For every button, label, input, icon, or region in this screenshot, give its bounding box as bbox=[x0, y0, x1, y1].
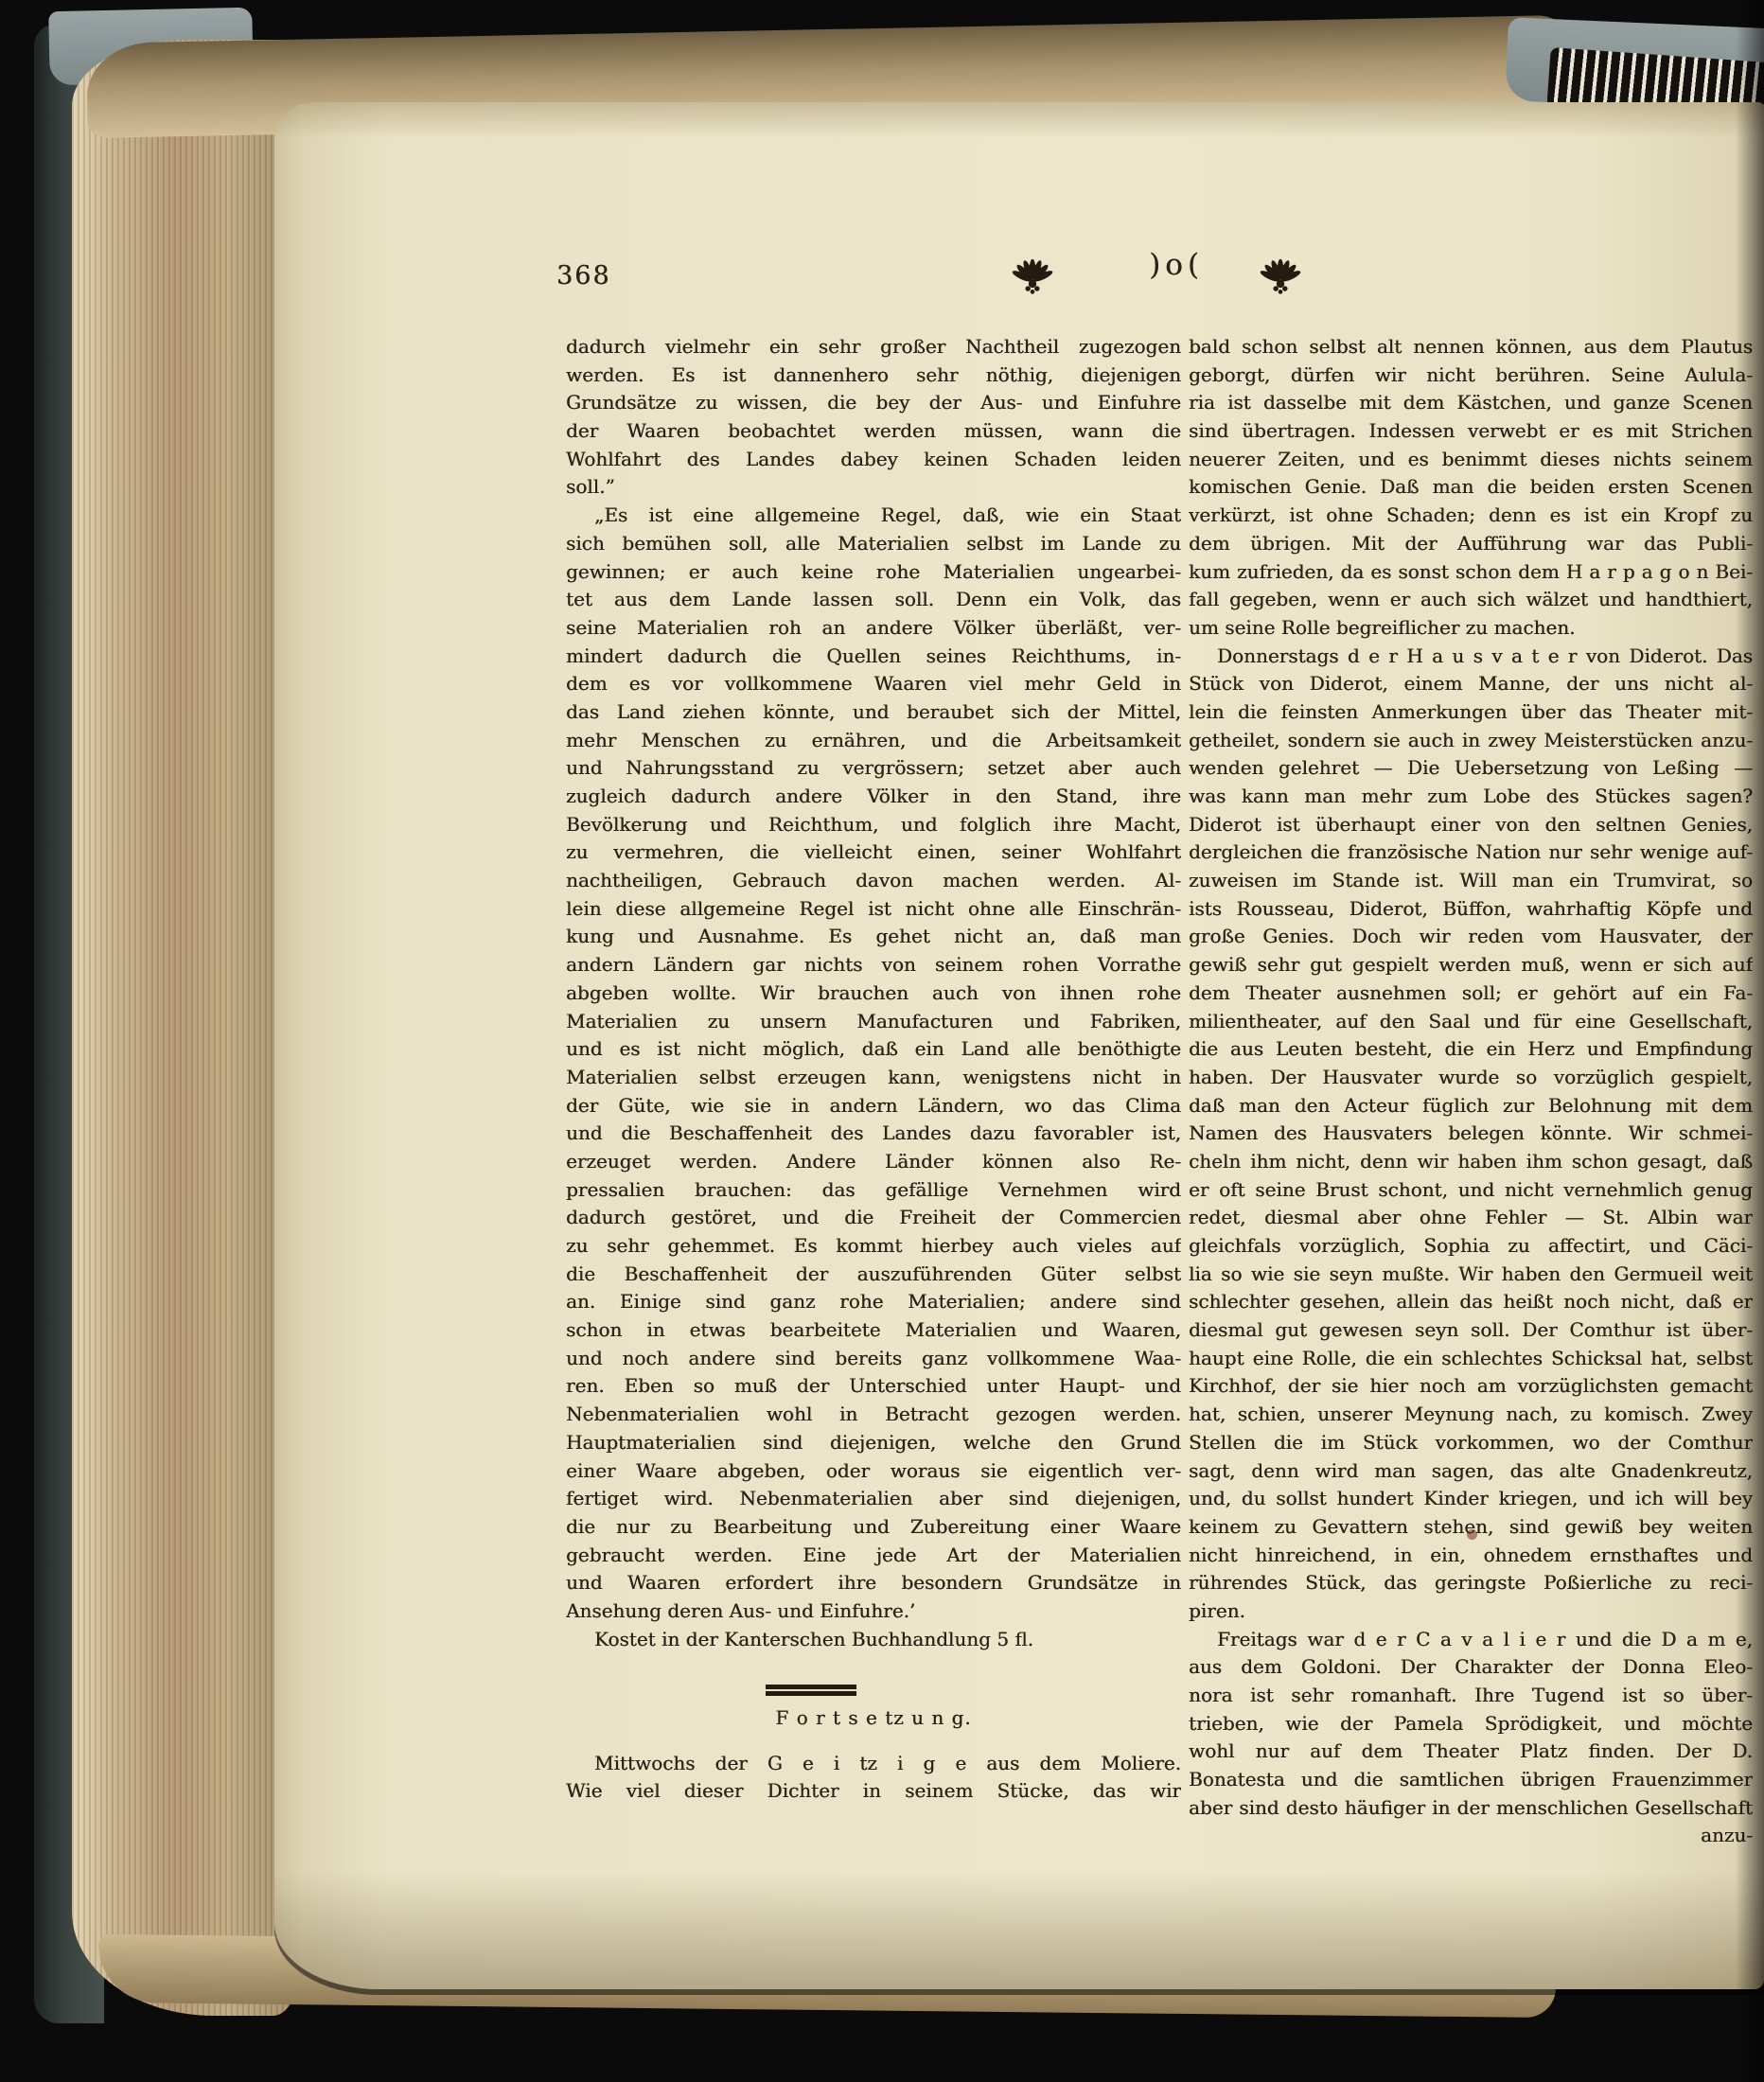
text-line: abgeben wollte. Wir brauchen auch von ih… bbox=[566, 979, 1181, 1008]
text-line: der Waaren beobachtet werden müssen, wan… bbox=[566, 417, 1181, 446]
text-line: ren. Eben so muß der Unterschied unter H… bbox=[566, 1372, 1181, 1401]
text-line: neuerer Zeiten, und es benimmt dieses ni… bbox=[1189, 446, 1753, 474]
text-line: dadurch gestöret, und die Freiheit der C… bbox=[566, 1204, 1181, 1232]
text-line: sind übertragen. Indessen verwebt er es … bbox=[1189, 417, 1753, 446]
text-line: dem es vor vollkommene Waaren viel mehr … bbox=[566, 670, 1181, 698]
text-line: trieben, wie der Pamela Sprödigkeit, und… bbox=[1189, 1710, 1753, 1738]
text-line: erzeuget werden. Andere Länder können al… bbox=[566, 1148, 1181, 1176]
text-line: und Nahrungsstand zu vergrössern; setzet… bbox=[566, 754, 1181, 783]
text-line: kum zufrieden, da es sonst schon dem H a… bbox=[1189, 558, 1753, 587]
text-line: bald schon selbst alt nennen können, aus… bbox=[1189, 333, 1753, 362]
text-line: komischen Genie. Daß man die beiden erst… bbox=[1189, 473, 1753, 502]
text-line: soll.” bbox=[566, 473, 1181, 502]
text-line: sich bemühen soll, alle Materialien selb… bbox=[566, 530, 1181, 558]
text-line: Kirchhof, der sie hier noch am vorzüglic… bbox=[1189, 1372, 1753, 1401]
text-line: und es ist nicht möglich, daß ein Land a… bbox=[566, 1035, 1181, 1064]
text-line: die Beschaffenheit der auszuführenden Gü… bbox=[566, 1261, 1181, 1289]
text-line: nicht hinreichend, in ein, ohnedem ernst… bbox=[1189, 1542, 1753, 1570]
text-line: nachtheiligen, Gebrauch davon machen wer… bbox=[566, 867, 1181, 895]
text-line: ria ist dasselbe mit dem Kästchen, und g… bbox=[1189, 389, 1753, 417]
text-line: einer Waare abgeben, oder woraus sie eig… bbox=[566, 1457, 1181, 1486]
text-line: hat, schien, unserer Meynung nach, zu ko… bbox=[1189, 1401, 1753, 1429]
text-line: aber sind desto häufiger in der menschli… bbox=[1189, 1794, 1753, 1823]
shell-ornament-right-icon bbox=[1259, 256, 1302, 295]
text-line: dadurch vielmehr ein sehr großer Nachthe… bbox=[566, 333, 1181, 362]
text-line: zu vermehren, die vielleicht einen, sein… bbox=[566, 838, 1181, 867]
text-line: dem übrigen. Mit der Aufführung war das … bbox=[1189, 530, 1753, 558]
text-line: und noch andere sind bereits ganz vollko… bbox=[566, 1345, 1181, 1373]
page-number: 368 bbox=[556, 261, 611, 291]
text-line: kung und Ausnahme. Es gehet nicht an, da… bbox=[566, 923, 1181, 951]
text-line: gebraucht werden. Eine jede Art der Mate… bbox=[566, 1542, 1181, 1570]
text-line: und Waaren erfordert ihre besondern Grun… bbox=[566, 1569, 1181, 1597]
section-divider-rule bbox=[566, 1676, 1181, 1704]
photo-shadow-right bbox=[1736, 0, 1764, 2082]
text-line: haben. Der Hausvater wurde so vorzüglich… bbox=[1189, 1064, 1753, 1092]
text-line: der Güte, wie sie in andern Ländern, wo … bbox=[566, 1092, 1181, 1120]
text-line: seine Materialien roh an andere Völker ü… bbox=[566, 614, 1181, 643]
text-line: wohl nur auf dem Theater Platz finden. D… bbox=[1189, 1738, 1753, 1766]
text-line: diesmal gut gewesen seyn soll. Der Comth… bbox=[1189, 1316, 1753, 1345]
text-line: er oft seine Brust schont, und nicht ver… bbox=[1189, 1176, 1753, 1205]
text-line: fall gegeben, wenn er auch sich wälzet u… bbox=[1189, 586, 1753, 614]
text-line: lein die feinsten Anmerkungen über das T… bbox=[1189, 698, 1753, 727]
text-line: fertiget wird. Nebenmaterialien aber sin… bbox=[566, 1485, 1181, 1513]
text-line: was kann man mehr zum Lobe des Stückes s… bbox=[1189, 783, 1753, 811]
text-column-right: bald schon selbst alt nennen können, aus… bbox=[1189, 333, 1753, 1850]
header-center-mark: )o( bbox=[1115, 248, 1238, 282]
text-line: pressalien brauchen: das gefällige Verne… bbox=[566, 1176, 1181, 1205]
text-line: Ansehung deren Aus- und Einfuhre.’ bbox=[566, 1597, 1181, 1626]
text-line: Nebenmaterialien wohl in Betracht gezoge… bbox=[566, 1401, 1181, 1429]
text-line: verkürzt, ist ohne Schaden; denn es ist … bbox=[1189, 502, 1753, 530]
text-line: rührendes Stück, das geringste Poßierlic… bbox=[1189, 1569, 1753, 1597]
text-line: milientheater, auf den Saal und für eine… bbox=[1189, 1008, 1753, 1036]
shell-ornament-left-icon bbox=[1011, 256, 1054, 295]
text-line: zu sehr gehemmet. Es kommt hierbey auch … bbox=[566, 1232, 1181, 1261]
text-line: tet aus dem Lande lassen soll. Denn ein … bbox=[566, 586, 1181, 614]
text-line: keinem zu Gevattern stehen, sind gewiß b… bbox=[1189, 1513, 1753, 1542]
text-line: werden. Es ist dannenhero sehr nöthig, d… bbox=[566, 362, 1181, 390]
text-line: anzu- bbox=[1189, 1822, 1753, 1850]
text-line: Materialien selbst erzeugen kann, wenigs… bbox=[566, 1064, 1181, 1092]
text-line: mindert dadurch die Quellen seines Reich… bbox=[566, 643, 1181, 671]
text-line: piren. bbox=[1189, 1597, 1753, 1626]
text-line: zugleich dadurch andere Völker in den St… bbox=[566, 783, 1181, 811]
text-line: Wie viel dieser Dichter in seinem Stücke… bbox=[566, 1777, 1181, 1806]
text-line: sagt, denn wird man sagen, das alte Gnad… bbox=[1189, 1457, 1753, 1486]
text-line: Namen des Hausvaters belegen könnte. Wir… bbox=[1189, 1120, 1753, 1148]
text-line: große Genies. Doch wir reden vom Hausvat… bbox=[1189, 923, 1753, 951]
text-line: Kostet in der Kanterschen Buchhandlung 5… bbox=[566, 1626, 1181, 1654]
text-line: dem Theater ausnehmen soll; er gehört au… bbox=[1189, 979, 1753, 1008]
text-line: dergleichen die französische Nation nur … bbox=[1189, 838, 1753, 867]
text-line: gewinnen; er auch keine rohe Materialien… bbox=[566, 558, 1181, 587]
text-line: gleichfals vorzüglich, Sophia zu affecti… bbox=[1189, 1232, 1753, 1261]
text-line: wenden gelehret — Die Uebersetzung von L… bbox=[1189, 754, 1753, 783]
text-line: Hauptmaterialien sind diejenigen, welche… bbox=[566, 1429, 1181, 1457]
text-line: und, du sollst hundert Kinder kriegen, u… bbox=[1189, 1485, 1753, 1513]
text-line: Diderot ist überhaupt einer von den selt… bbox=[1189, 811, 1753, 839]
text-line: Mittwochs der G e i tz i g e aus dem Mol… bbox=[566, 1750, 1181, 1778]
text-line: gewiß sehr gut gespielt werden muß, wenn… bbox=[1189, 951, 1753, 979]
text-line: nora ist sehr romanhaft. Ihre Tugend ist… bbox=[1189, 1682, 1753, 1710]
text-line: an. Einige sind ganz rohe Materialien; a… bbox=[566, 1288, 1181, 1316]
text-line: Bonatesta und die samtlichen übrigen Fra… bbox=[1189, 1766, 1753, 1794]
text-line: um seine Rolle begreiflicher zu machen. bbox=[1189, 614, 1753, 643]
text-line: zuweisen im Stande ist. Will man ein Tru… bbox=[1189, 867, 1753, 895]
text-line: Donnerstags d e r H a u s v a t e r von … bbox=[1189, 643, 1753, 671]
text-line: die nur zu Bearbeitung und Zubereitung e… bbox=[566, 1513, 1181, 1542]
text-line: die aus Leuten besteht, die ein Herz und… bbox=[1189, 1035, 1753, 1064]
text-line: Wohlfahrt des Landes dabey keinen Schade… bbox=[566, 446, 1181, 474]
text-line: mehr Menschen zu ernähren, und die Arbei… bbox=[566, 727, 1181, 755]
text-line: getheilet, sondern sie auch in zwey Meis… bbox=[1189, 727, 1753, 755]
text-line: daß man den Acteur füglich zur Belohnung… bbox=[1189, 1092, 1753, 1120]
text-line: „Es ist eine allgemeine Regel, daß, wie … bbox=[566, 502, 1181, 530]
text-line: Freitags war d e r C a v a l i e r und d… bbox=[1189, 1626, 1753, 1654]
text-line: lia so wie sie seyn mußte. Wir haben den… bbox=[1189, 1261, 1753, 1289]
text-line: Grundsätze zu wissen, die bey der Aus- u… bbox=[566, 389, 1181, 417]
text-line: ists Rousseau, Diderot, Büffon, wahrhaft… bbox=[1189, 895, 1753, 924]
book-photo: 368 )o( bbox=[0, 0, 1764, 2082]
text-line: Bevölkerung und Reichthum, und folglich … bbox=[566, 811, 1181, 839]
text-line: lein diese allgemeine Regel ist nicht oh… bbox=[566, 895, 1181, 924]
text-line: schlechter gesehen, allein das heißt noc… bbox=[1189, 1288, 1753, 1316]
text-column-left: dadurch vielmehr ein sehr großer Nachthe… bbox=[566, 333, 1181, 1806]
text-line: Stück von Diderot, einem Manne, der uns … bbox=[1189, 670, 1753, 698]
text-line: aus dem Goldoni. Der Charakter der Donna… bbox=[1189, 1653, 1753, 1682]
text-line: redet, diesmal aber ohne Fehler — St. Al… bbox=[1189, 1204, 1753, 1232]
text-line: schon in etwas bearbeitete Materialien u… bbox=[566, 1316, 1181, 1345]
text-line: cheln ihm nicht, denn wir haben ihm scho… bbox=[1189, 1148, 1753, 1176]
text-line: Stellen die im Stück vorkommen, wo der C… bbox=[1189, 1429, 1753, 1457]
text-line: andern Ländern gar nichts von seinem roh… bbox=[566, 951, 1181, 979]
text-line: F o r t s e tz u n g. bbox=[566, 1704, 1181, 1733]
text-line: Materialien zu unsern Manufacturen und F… bbox=[566, 1008, 1181, 1036]
text-line: haupt eine Rolle, die ein schlechtes Sch… bbox=[1189, 1345, 1753, 1373]
text-line: geborgt, dürfen wir nicht berühren. Sein… bbox=[1189, 362, 1753, 390]
text-line: das Land ziehen könnte, und beraubet sic… bbox=[566, 698, 1181, 727]
text-line: und die Beschaffenheit des Landes dazu f… bbox=[566, 1120, 1181, 1148]
page-edge-stack-left bbox=[72, 40, 297, 2016]
